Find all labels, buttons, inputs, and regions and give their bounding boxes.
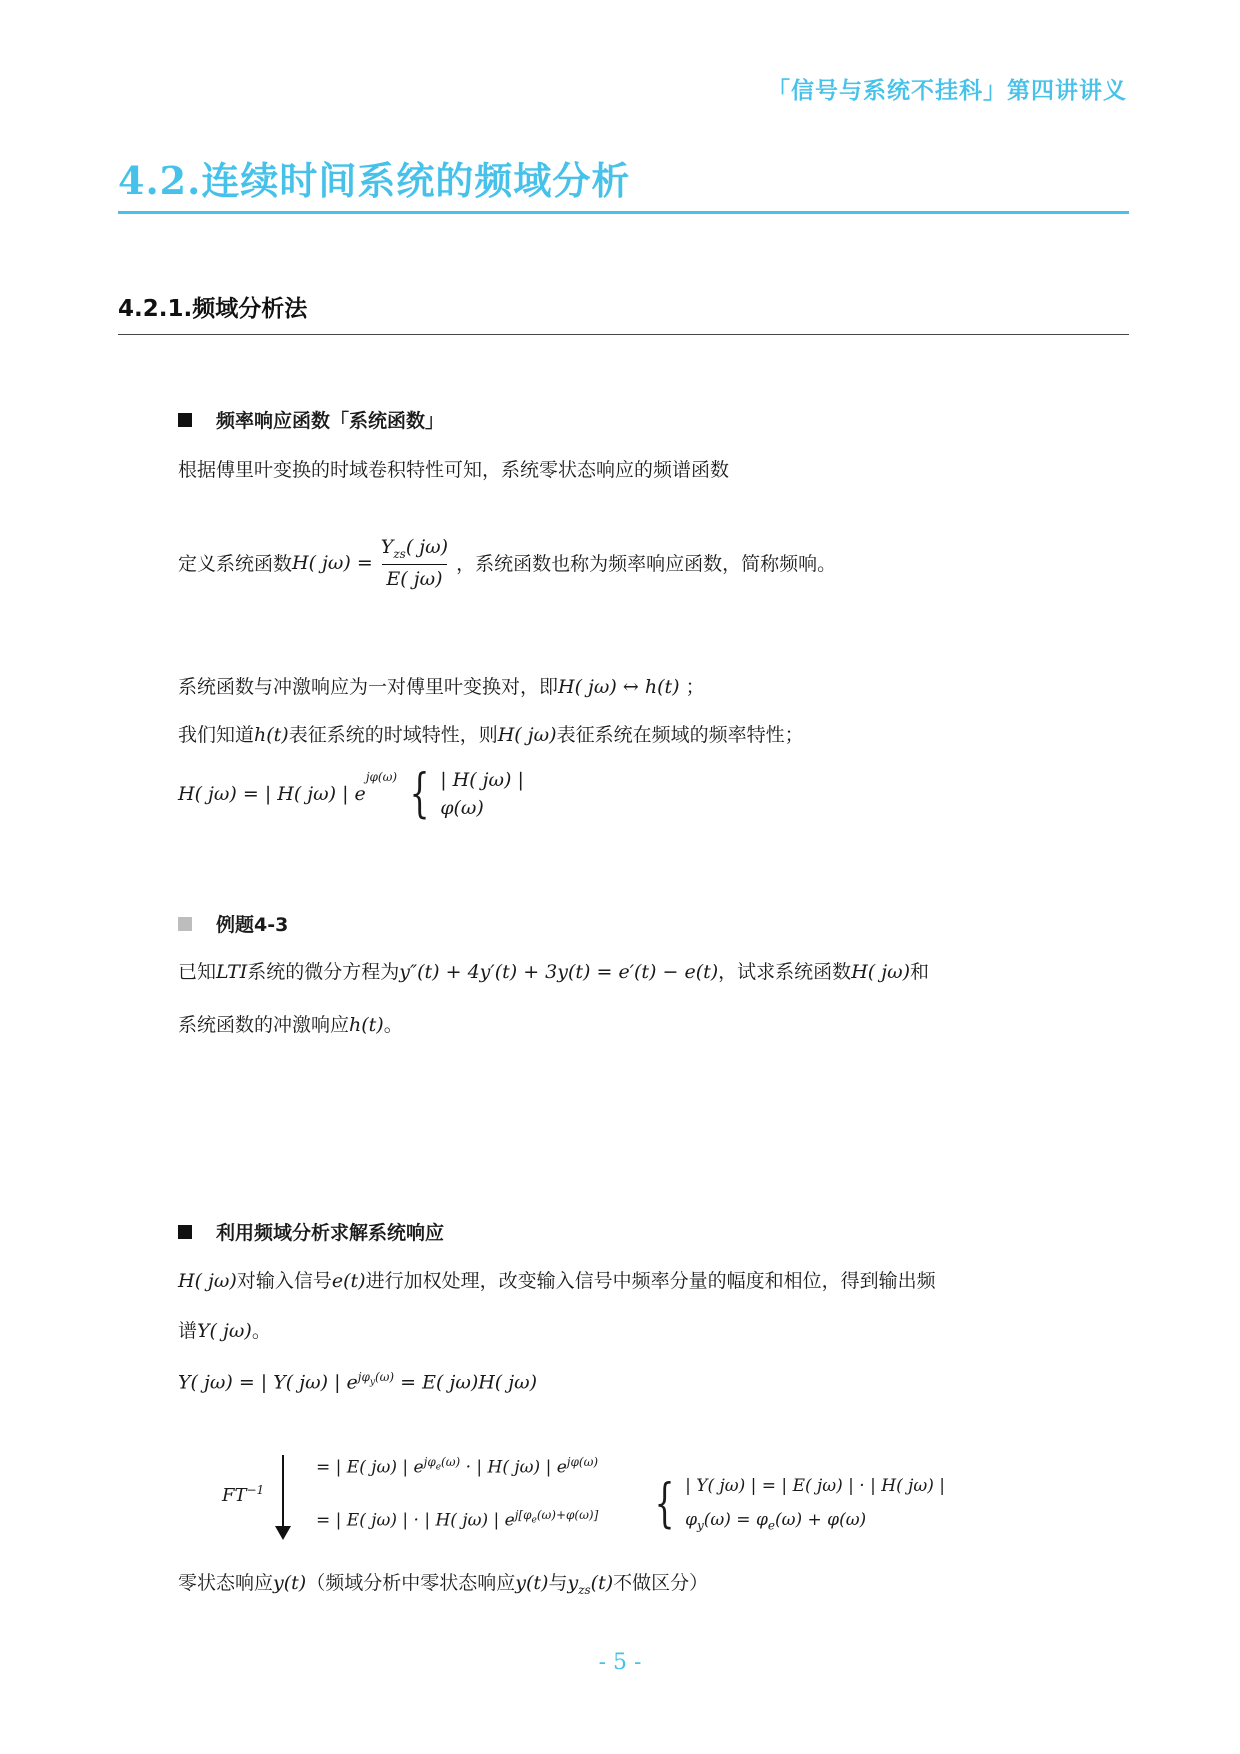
polar-exp: jφ(ω) <box>366 770 397 784</box>
ph-a: φ <box>685 1510 697 1530</box>
heading-text: 例题4-3 <box>216 910 288 937</box>
derivation-step-1: = | E( jω) | ejφe(ω) · | H( jω) | ejφ(ω) <box>316 1455 598 1478</box>
s1-exp: jφ <box>424 1455 436 1469</box>
analysis-line-1: H( jω)对输入信号e(t)进行加权处理，改变输入信号中频率分量的幅度和相位，… <box>178 1266 936 1293</box>
polar-brace: { | H( jω) | φ(ω) <box>403 768 524 820</box>
eq-main-a: Y( jω) = | Y( jω) | e <box>178 1371 358 1393</box>
example-line-2: 系统函数的冲激响应h(t)。 <box>178 1010 403 1037</box>
num-sub: zs <box>393 547 405 561</box>
eq-main-b: = E( jω)H( jω) <box>394 1371 537 1393</box>
phase-relation: φy(ω) = φe(ω) + φ(ω) <box>685 1510 945 1532</box>
fa2-a: 谱 <box>178 1320 197 1342</box>
ex-mid2: ，试求系统函数 <box>718 961 851 983</box>
z-y: y(t) <box>273 1572 306 1594</box>
analysis-line-2: 谱Y( jω)。 <box>178 1316 271 1343</box>
running-header: 「信号与系统不挂科」第四讲讲义 <box>767 72 1127 105</box>
z-yzs-arg: (t) <box>591 1572 613 1594</box>
fa-e: e(t) <box>332 1270 366 1292</box>
know-prefix: 我们知道 <box>178 724 254 746</box>
square-bullet-icon <box>178 1225 192 1239</box>
chapter-title: 4.2.连续时间系统的频域分析 <box>118 150 630 205</box>
s2-exp-tail: (ω)+φ(ω)] <box>537 1508 598 1522</box>
section-divider <box>118 334 1129 335</box>
fa-a: 对输入信号 <box>237 1270 332 1292</box>
left-brace-icon: { <box>655 1478 675 1530</box>
page-number: - 5 - <box>0 1650 1240 1675</box>
denominator: E( jω) <box>382 564 446 590</box>
ph-sub: y <box>697 1518 704 1532</box>
down-arrow-icon <box>282 1455 284 1530</box>
s1-b: · | H( jω) | e <box>460 1458 567 1478</box>
polar-lhs: H( jω) = | H( jω) | e <box>178 783 366 805</box>
freq-response-heading: 频率响应函数「系统函数」 <box>178 406 444 433</box>
pair-math: H( jω) ↔ h(t) <box>558 676 680 698</box>
ph-b: (ω) = φ <box>704 1510 768 1530</box>
ex-lti: LTI <box>216 961 247 983</box>
z-yzs: y <box>567 1572 578 1594</box>
def-prefix: 定义系统函数 <box>178 549 292 576</box>
ex-suffix: 和 <box>910 961 929 983</box>
characteristics-line: 我们知道h(t)表征系统的时域特性，则H( jω)表征系统在频域的频率特性； <box>178 720 804 747</box>
fa2-Y: Y( jω) <box>197 1320 252 1342</box>
ph-c: (ω) + φ(ω) <box>775 1510 866 1530</box>
s1-a: = | E( jω) | e <box>316 1458 424 1478</box>
output-spectrum-equation: Y( jω) = | Y( jω) | ejφy(ω) = E( jω)H( j… <box>178 1370 537 1393</box>
paragraph-convolution: 根据傅里叶变换的时域卷积特性可知，系统零状态响应的频谱函数 <box>178 455 729 482</box>
z-b: （频域分析中零状态响应 <box>306 1572 515 1594</box>
know-suffix: 表征系统在频域的频率特性； <box>557 724 804 746</box>
ft-label: FT <box>222 1485 247 1506</box>
ex2-suffix: 。 <box>384 1014 403 1036</box>
chapter-divider <box>118 211 1129 214</box>
heading-text: 利用频域分析求解系统响应 <box>216 1218 444 1245</box>
z-yzs-sub: zs <box>578 1583 590 1597</box>
arrow-head-icon <box>275 1526 291 1540</box>
magnitude-phase-system: { | Y( jω) | = | E( jω) | · | H( jω) | φ… <box>648 1476 945 1532</box>
phase-row: φ(ω) <box>440 797 524 819</box>
square-bullet-icon <box>178 413 192 427</box>
fa2-b: 。 <box>252 1320 271 1342</box>
eq-exp-tail: (ω) <box>375 1370 394 1384</box>
fa-b: 进行加权处理，改变输入信号中频率分量的幅度和相位，得到输出频 <box>366 1270 936 1292</box>
num-Y: Y <box>381 536 394 558</box>
s1-exp-tail: (ω) <box>441 1455 460 1469</box>
ex2-prefix: 系统函数的冲激响应 <box>178 1014 349 1036</box>
differential-equation: y″(t) + 4y′(t) + 3y(t) = e′(t) − e(t) <box>399 961 718 983</box>
fa-H: H( jω) <box>178 1270 237 1292</box>
left-brace-icon: { <box>410 768 430 820</box>
transform-pair-line: 系统函数与冲激响应为一对傅里叶变换对，即H( jω) ↔ h(t) ； <box>178 672 705 699</box>
s2-exp: j[φ <box>515 1508 532 1522</box>
example-line-1: 已知LTI系统的微分方程为y″(t) + 4y′(t) + 3y(t) = e′… <box>178 957 929 984</box>
pair-suffix: ； <box>680 676 705 698</box>
inverse-ft-label: FT−1 <box>222 1483 264 1506</box>
ph-sub2: e <box>768 1518 775 1532</box>
polar-form-equation: H( jω) = | H( jω) | ejφ(ω) { | H( jω) | … <box>178 768 524 820</box>
ft-sup: −1 <box>247 1483 265 1497</box>
know-H: H( jω) <box>498 724 557 746</box>
system-function-fraction: Yzs( jω) E( jω) <box>377 536 452 590</box>
freq-analysis-heading: 利用频域分析求解系统响应 <box>178 1218 444 1245</box>
s1-exp2: jφ(ω) <box>567 1455 598 1469</box>
example-heading: 例题4-3 <box>178 910 288 937</box>
zero-state-note: 零状态响应y(t)（频域分析中零状态响应y(t)与yzs(t)不做区分） <box>178 1568 708 1597</box>
section-title: 4.2.1.频域分析法 <box>118 290 307 323</box>
z-c: 与 <box>548 1572 567 1594</box>
def-suffix: ，系统函数也称为频率响应函数，简称频响。 <box>456 549 836 576</box>
z-y2: y(t) <box>515 1572 548 1594</box>
ex-H: H( jω) <box>851 961 910 983</box>
ex-mid: 系统的微分方程为 <box>247 961 399 983</box>
heading-text: 频率响应函数「系统函数」 <box>216 406 444 433</box>
num-arg: ( jω) <box>406 536 448 558</box>
ex2-h: h(t) <box>349 1014 384 1036</box>
z-a: 零状态响应 <box>178 1572 273 1594</box>
z-d: 不做区分） <box>613 1572 708 1594</box>
ex-prefix: 已知 <box>178 961 216 983</box>
square-bullet-icon <box>178 917 192 931</box>
magnitude-row: | H( jω) | <box>440 769 524 791</box>
pair-prefix: 系统函数与冲激响应为一对傅里叶变换对，即 <box>178 676 558 698</box>
definition-line: 定义系统函数 H( jω) = Yzs( jω) E( jω) ，系统函数也称为… <box>178 536 836 590</box>
know-mid: 表征系统的时域特性，则 <box>289 724 498 746</box>
s2-a: = | E( jω) | · | H( jω) | e <box>316 1511 515 1531</box>
know-h: h(t) <box>254 724 289 746</box>
magnitude-relation: | Y( jω) | = | E( jω) | · | H( jω) | <box>685 1476 945 1496</box>
derivation-step-2: = | E( jω) | · | H( jω) | ej[φe(ω)+φ(ω)] <box>316 1508 598 1531</box>
eq-exp: jφ <box>358 1370 370 1384</box>
def-lhs: H( jω) = <box>292 552 373 574</box>
